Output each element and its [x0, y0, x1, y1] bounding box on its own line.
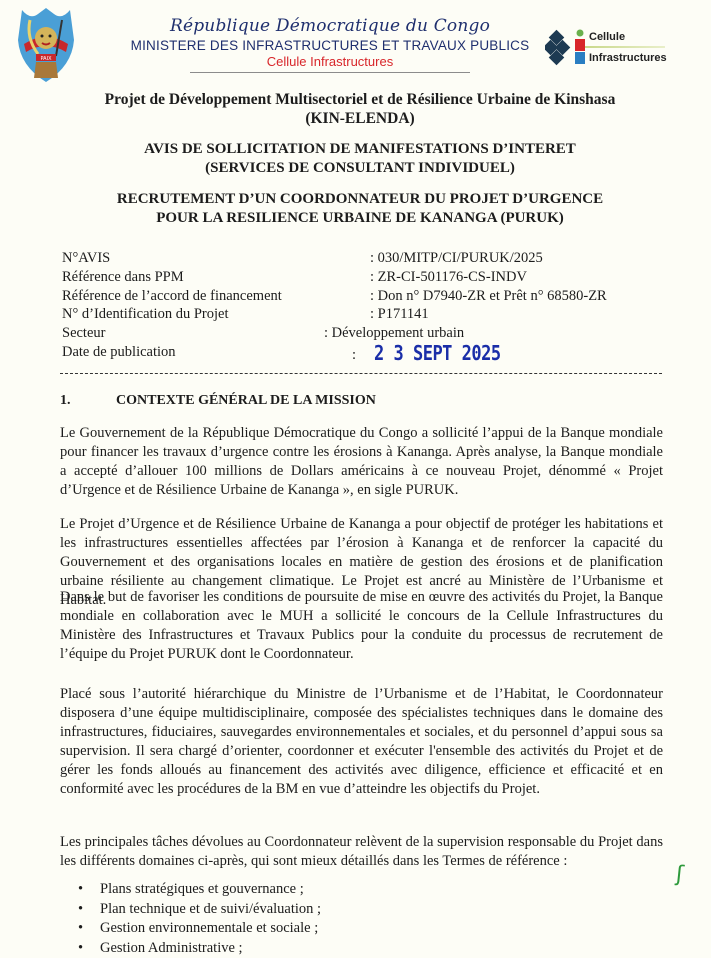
meta-row-project-id: N° d’Identification du Projet : P171141 — [62, 306, 662, 325]
letterhead: PAIX République Démocratique du Congo MI… — [0, 0, 711, 92]
dashed-divider — [60, 373, 662, 374]
document-titles: Projet de Développement Multisectoriel e… — [60, 90, 660, 228]
meta-row-avis: N°AVIS : 030/MITP/CI/PURUK/2025 — [62, 250, 662, 269]
notice-metadata: N°AVIS : 030/MITP/CI/PURUK/2025 Référenc… — [62, 250, 662, 363]
list-item: Gestion environnementale et sociale ; — [78, 919, 321, 939]
section-heading: 1.CONTEXTE GÉNÉRAL DE LA MISSION — [60, 393, 376, 409]
list-item: Gestion Administrative ; — [78, 939, 321, 958]
meta-row-ppm: Référence dans PPM : ZR-CI-501176-CS-IND… — [62, 269, 662, 288]
paragraph: Placé sous l’autorité hiérarchique du Mi… — [60, 685, 663, 798]
logo-text-cellule: Cellule — [589, 31, 625, 43]
letterhead-text: République Démocratique du Congo MINISTE… — [130, 16, 530, 73]
task-list: Plans stratégiques et gouvernance ; Plan… — [78, 880, 321, 958]
ministry-name: MINISTERE DES INFRASTRUCTURES ET TRAVAUX… — [130, 38, 530, 53]
logo-swoosh — [585, 46, 665, 48]
coat-of-arms-icon: PAIX — [16, 4, 76, 84]
recruitment-title: RECRUTEMENT D’UN COORDONNATEUR DU PROJET… — [60, 190, 660, 228]
unit-name: Cellule Infrastructures — [130, 54, 530, 69]
paragraph: Les principales tâches dévolues au Coord… — [60, 833, 663, 871]
paragraph: Dans le but de favoriser les conditions … — [60, 588, 663, 664]
country-name: République Démocratique du Congo — [130, 16, 530, 36]
svg-text:PAIX: PAIX — [40, 56, 52, 62]
date-stamp: 2 3 SEPT 2025 — [374, 342, 501, 366]
project-title: Projet de Développement Multisectoriel e… — [60, 90, 660, 128]
list-item: Plans stratégiques et gouvernance ; — [78, 880, 321, 900]
logo-text-infrastructures: Infrastructures — [589, 52, 667, 64]
meta-row-sector: Secteur : Développement urbain — [62, 325, 662, 344]
notice-title: AVIS DE SOLLICITATION DE MANIFESTATIONS … — [60, 140, 660, 178]
list-item: Plan technique et de suivi/évaluation ; — [78, 900, 321, 920]
meta-row-date: Date de publication :2 3 SEPT 2025 — [62, 344, 662, 363]
meta-row-financing: Référence de l’accord de financement : D… — [62, 288, 662, 307]
handwritten-initial: ʃ — [675, 862, 685, 888]
paragraph: Le Gouvernement de la République Démocra… — [60, 424, 663, 500]
letterhead-rule — [190, 72, 470, 73]
